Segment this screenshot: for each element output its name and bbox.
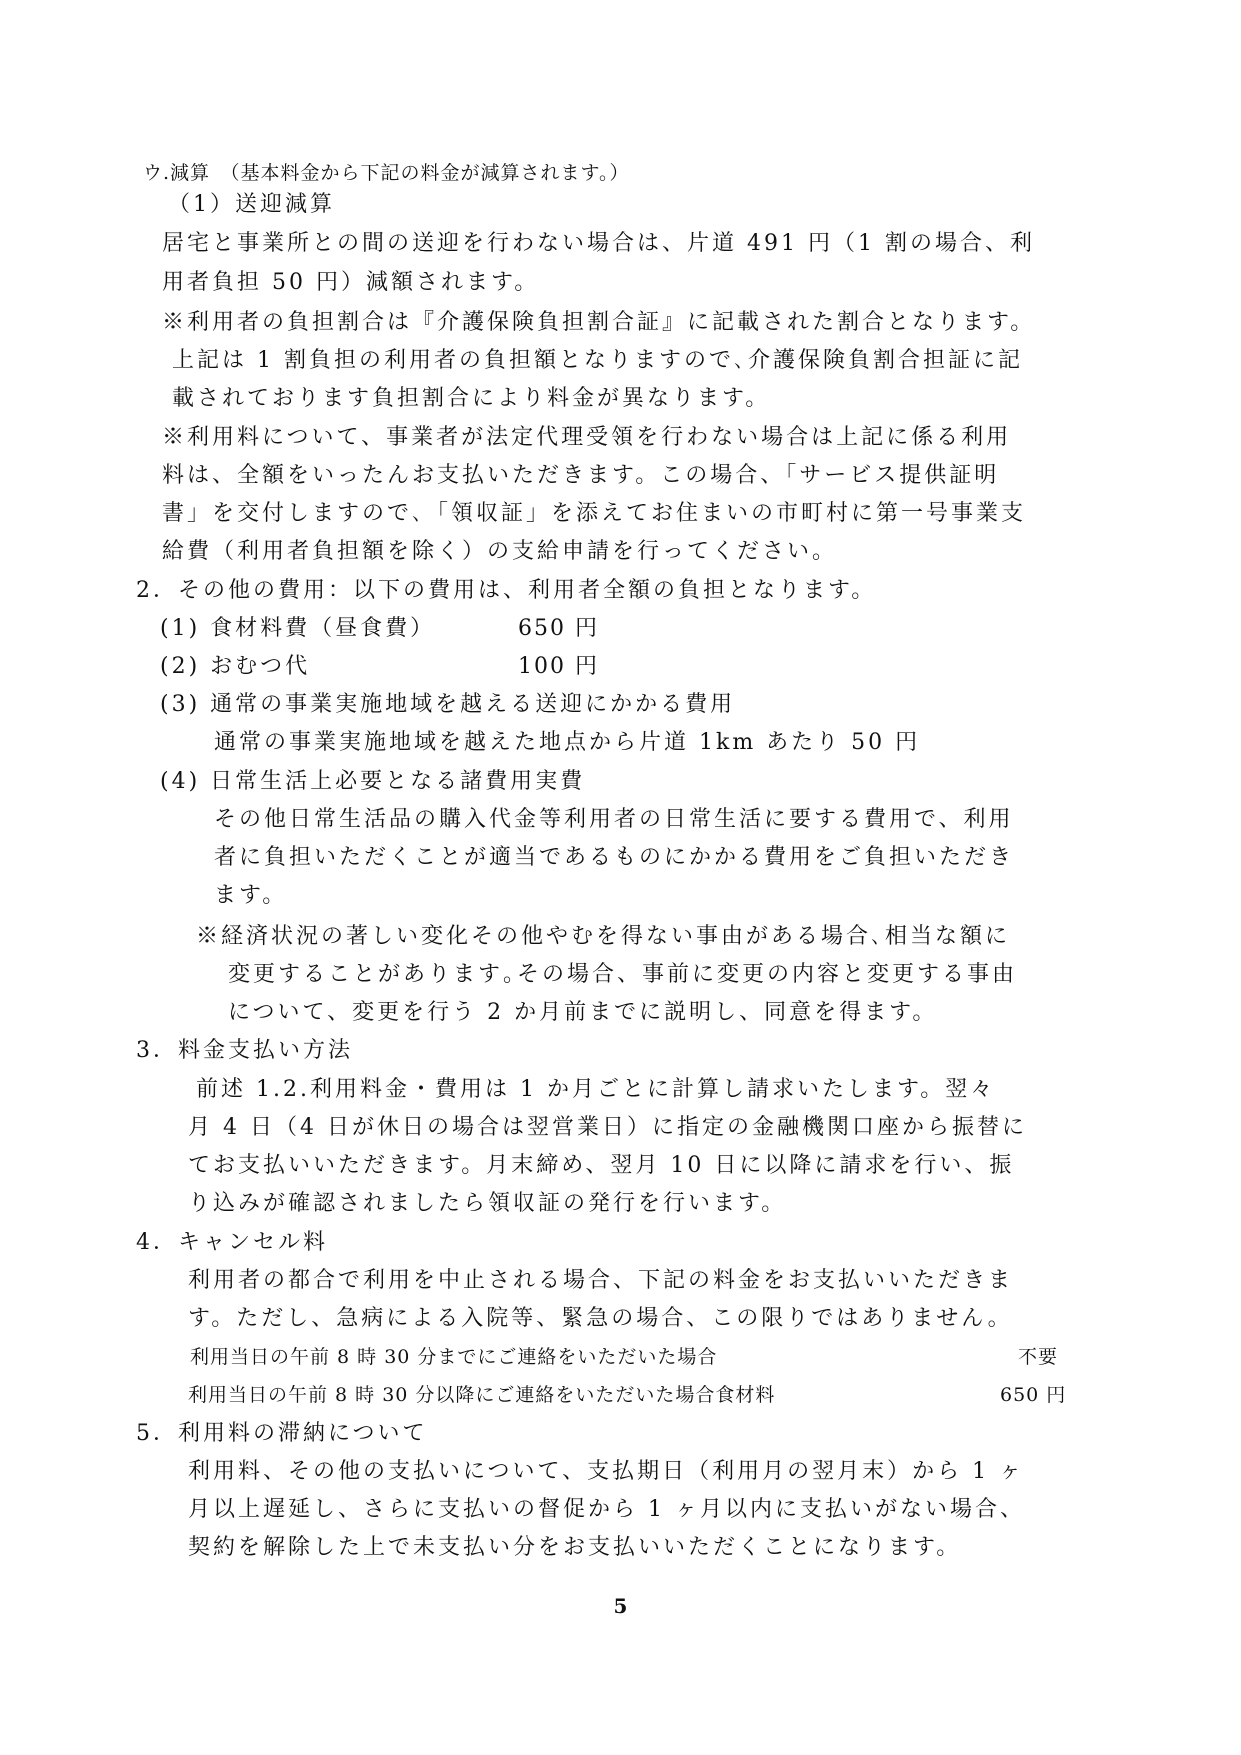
- note-line: 上記は 1 割負担の利用者の負担額となりますので､介護保険負割合担証に記: [172, 346, 1023, 376]
- fee-item-detail: その他日常生活品の購入代金等利用者の日常生活に要する費用で、利用: [214, 805, 1014, 835]
- fee-item-amount: 650 円: [518, 614, 599, 644]
- fee-item-label: (4) 日常生活上必要となる諸費用実費: [160, 767, 585, 797]
- paragraph-line: す。ただし、急病による入院等、緊急の場合、この限りではありません。: [188, 1304, 1013, 1334]
- paragraph-line: 月 4 日（4 日が休日の場合は翌営業日）に指定の金融機関口座から振替に: [188, 1113, 1027, 1143]
- section-2-heading: 2．その他の費用：以下の費用は、利用者全額の負担となります。: [136, 576, 876, 606]
- note-line: 料は、全額をいったんお支払いただきます。この場合、「サービス提供証明: [162, 461, 999, 491]
- paragraph-line: てお支払いいただきます。月末締め、翌月 10 日に以降に請求を行い、振: [188, 1151, 1014, 1181]
- paragraph-line: 利用者の都合で利用を中止される場合、下記の料金をお支払いいただきま: [188, 1266, 1013, 1296]
- section-u-heading: ウ.減算 （基本料金から下記の料金が減算されます。）: [143, 158, 630, 188]
- note-line: ※利用料について、事業者が法定代理受領を行わない場合は上記に係る利用: [162, 423, 1011, 453]
- note-line: 載されております負担割合により料金が異なります。: [172, 384, 770, 414]
- cancel-fee-condition: 利用当日の午前 8 時 30 分までにご連絡をいただいた場合: [190, 1342, 717, 1372]
- section-4-heading: 4．キャンセル料: [136, 1228, 328, 1258]
- note-line: ※経済状況の著しい変化その他やむを得ない事由がある場合､相当な額に: [196, 922, 1010, 952]
- section-5-heading: 5．利用料の滞納について: [136, 1419, 428, 1449]
- paragraph-line: 居宅と事業所との間の送迎を行わない場合は、片道 491 円（1 割の場合、利: [162, 229, 1035, 259]
- note-line: について、変更を行う 2 か月前までに説明し、同意を得ます。: [228, 998, 937, 1028]
- note-line: 変更することがあります｡その場合、事前に変更の内容と変更する事由: [228, 960, 1017, 990]
- paragraph-line: 契約を解除した上で未支払い分をお支払いいただくことになります。: [188, 1533, 961, 1563]
- cancel-fee-amount: 不要: [1018, 1342, 1058, 1372]
- section-3-heading: 3．料金支払い方法: [136, 1036, 353, 1066]
- note-line: 給費（利用者負担額を除く）の支給申請を行ってください。: [162, 537, 837, 567]
- document-page: ウ.減算 （基本料金から下記の料金が減算されます。） （1）送迎減算 居宅と事業…: [0, 0, 1241, 1755]
- note-line: ※利用者の負担割合は『介護保険負担割合証』に記載された割合となります。: [162, 308, 1035, 338]
- fee-item-label: (1) 食材料費（昼食費）: [160, 614, 435, 644]
- fee-item-label: (3) 通常の事業実施地域を越える送迎にかかる費用: [160, 690, 735, 720]
- cancel-fee-condition: 利用当日の午前 8 時 30 分以降にご連絡をいただいた場合食材料: [188, 1380, 775, 1410]
- paragraph-line: 月以上遅延し、さらに支払いの督促から 1 ヶ月以内に支払いがない場合、: [188, 1495, 1025, 1525]
- subsection-title: （1）送迎減算: [168, 190, 335, 220]
- fee-item-detail: 通常の事業実施地域を越えた地点から片道 1km あたり 50 円: [214, 728, 920, 758]
- fee-item-detail: ます。: [214, 881, 287, 911]
- paragraph-line: り込みが確認されましたら領収証の発行を行います。: [188, 1189, 786, 1219]
- cancel-fee-amount: 650 円: [1000, 1380, 1066, 1410]
- paragraph-line: 用者負担 50 円）減額されます。: [162, 268, 539, 298]
- page-number: 5: [0, 1594, 1241, 1618]
- paragraph-line: 前述 1.2.利用料金・費用は 1 か月ごとに計算し請求いたします。翌々: [196, 1075, 995, 1105]
- note-line: 書」を交付しますので､「領収証」を添えてお住まいの市町村に第一号事業支: [162, 499, 1026, 529]
- fee-item-label: (2) おむつ代: [160, 652, 310, 682]
- fee-item-detail: 者に負担いただくことが適当であるものにかかる費用をご負担いただき: [214, 843, 1014, 873]
- paragraph-line: 利用料、その他の支払いについて、支払期日（利用月の翌月末）から 1 ヶ: [188, 1457, 1024, 1487]
- fee-item-amount: 100 円: [518, 652, 599, 682]
